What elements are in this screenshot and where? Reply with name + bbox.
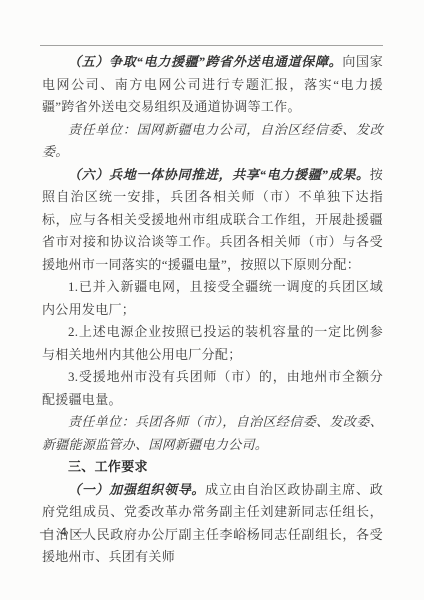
- item-6-body: 按照自治区统一安排，兵团各相关师（市）不单独下达指标，应与各相关受援地州市组成联…: [42, 167, 383, 272]
- numbered-item-1: 1.已并入新疆电网，且接受全疆统一调度的兵团区域内公用发电厂；: [42, 276, 383, 321]
- responsible-unit-2: 责任单位：兵团各师（市），自治区经信委、发改委、新疆能源监管办、国网新疆电力公司…: [42, 411, 383, 456]
- item-a-lead: （一）加强组织领导。: [68, 482, 205, 497]
- numbered-item-2: 2.上述电源企业按照已投运的装机容量的一定比例参与相关地州内其他公用电厂分配；: [42, 321, 383, 366]
- paragraph-item-5: （五）争取“电力援疆”跨省外送电通道保障。向国家电网公司、南方电网公司进行专题汇…: [42, 51, 383, 119]
- header-divider: [40, 45, 383, 46]
- responsible-unit-1: 责任单位：国网新疆电力公司，自治区经信委、发改委。: [42, 119, 383, 164]
- document-page: （五）争取“电力援疆”跨省外送电通道保障。向国家电网公司、南方电网公司进行专题汇…: [0, 0, 424, 600]
- paragraph-item-a: （一）加强组织领导。成立由自治区政协副主席、政府党组成员、党委改革办常务副主任刘…: [42, 479, 383, 569]
- item-6-lead: （六）兵地一体协同推进，共享“电力援疆”成果。: [68, 167, 370, 182]
- document-body: （五）争取“电力援疆”跨省外送电通道保障。向国家电网公司、南方电网公司进行专题汇…: [42, 51, 383, 569]
- paragraph-item-6: （六）兵地一体协同推进，共享“电力援疆”成果。按照自治区统一安排，兵团各相关师（…: [42, 164, 383, 277]
- page-number: — 4 —: [40, 524, 89, 540]
- section-heading-3: 三、工作要求: [42, 456, 383, 479]
- numbered-item-3: 3.受援地州市没有兵团师（市）的，由地州市全额分配援疆电量。: [42, 366, 383, 411]
- item-5-lead: （五）争取“电力援疆”跨省外送电通道保障。: [68, 54, 342, 69]
